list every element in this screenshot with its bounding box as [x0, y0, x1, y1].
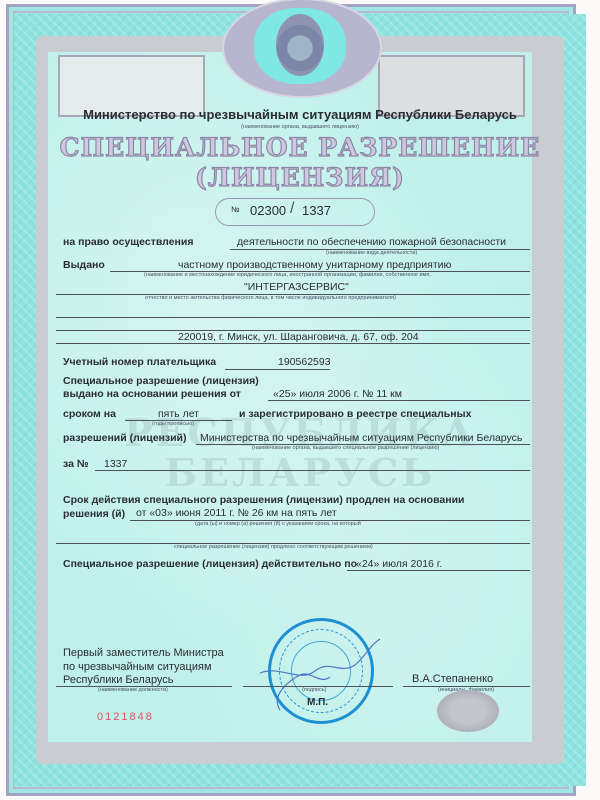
issued-label: Выдано [63, 259, 105, 271]
signature-scribble-icon [240, 625, 400, 725]
position-line1: Первый заместитель Министра [63, 647, 224, 659]
number-separator: / [290, 200, 294, 218]
reg-number-value: 1337 [104, 458, 127, 470]
taxpayer-value: 190562593 [278, 356, 331, 368]
extension-caption2: специальное разрешение (лицензия) продле… [174, 544, 373, 550]
position-line2: по чрезвычайным ситуациям [63, 661, 212, 673]
license-number-suffix: 1337 [302, 203, 331, 218]
issuer-name: Министерство по чрезвычайным ситуациям Р… [0, 107, 600, 122]
coat-of-arms-icon [276, 14, 324, 76]
extension-value: от «03» июня 2011 г. № 26 км на пять лет [136, 507, 337, 519]
decision-label-line2: выдано на основании решения от [63, 388, 241, 400]
watermark-line2: БЕЛАРУСЬ [0, 450, 600, 495]
activity-value: деятельности по обеспечению пожарной без… [237, 236, 506, 248]
taxpayer-label: Учетный номер плательщика [63, 356, 216, 368]
valid-value: «24» июля 2016 г. [356, 558, 442, 570]
signer-name: В.А.Степаненко [412, 673, 493, 685]
registry-label-line2: разрешений (лицензий) [63, 432, 187, 444]
issued-value-line2: "ИНТЕРГАЗСЕРВИС" [244, 281, 349, 293]
term-label: сроком на [63, 408, 116, 420]
issued-caption2: отчество и место жительства физического … [145, 295, 396, 301]
registry-caption: (наименование органа, выдавшего специаль… [252, 445, 439, 451]
number-sign: № [231, 205, 240, 214]
activity-caption: (наименование вида деятельности) [326, 250, 417, 256]
valid-label: Специальное разрешение (лицензия) действ… [63, 558, 357, 570]
extension-label-line2: решения (й) [63, 508, 125, 520]
signature-caption: (подпись) [302, 687, 326, 693]
serial-number: 0121848 [97, 711, 154, 723]
extension-caption1: (дата (ы) и номер (а) решения (й) с указ… [195, 521, 361, 527]
issued-value-line1: частному производственному унитарному пр… [178, 259, 451, 271]
license-number: 02300 [250, 203, 286, 218]
decision-label-line1: Специальное разрешение (лицензия) [63, 375, 259, 387]
hologram-sticker [437, 690, 499, 732]
document-subtitle: (ЛИЦЕНЗИЯ) [0, 163, 600, 192]
extension-label-line1: Срок действия специального разрешения (л… [63, 494, 465, 506]
address-value: 220019, г. Минск, ул. Шаранговича, д. 67… [178, 331, 419, 343]
document-title: СПЕЦИАЛЬНОЕ РАЗРЕШЕНИЕ [0, 133, 600, 162]
seal-label: М.П. [307, 697, 328, 708]
term-value: пять лет [158, 408, 199, 420]
activity-label: на право осуществления [63, 236, 193, 248]
issuer-caption: (наименование органа, выдавшего лицензию… [0, 124, 600, 130]
emblem-frame [222, 0, 382, 98]
registry-value: Министерства по чрезвычайным ситуациям Р… [200, 432, 522, 444]
issued-caption1: (наименование и местонахождение юридичес… [144, 272, 431, 278]
position-line3: Республики Беларусь [63, 674, 174, 686]
position-caption: (наименование должности) [98, 687, 168, 693]
reg-number-label: за № [63, 458, 89, 470]
registry-label-line1: и зарегистрировано в реестре специальных [239, 408, 471, 420]
decision-value: «25» июля 2006 г. № 11 км [273, 388, 402, 400]
term-caption: (годы прописью) [152, 421, 194, 427]
